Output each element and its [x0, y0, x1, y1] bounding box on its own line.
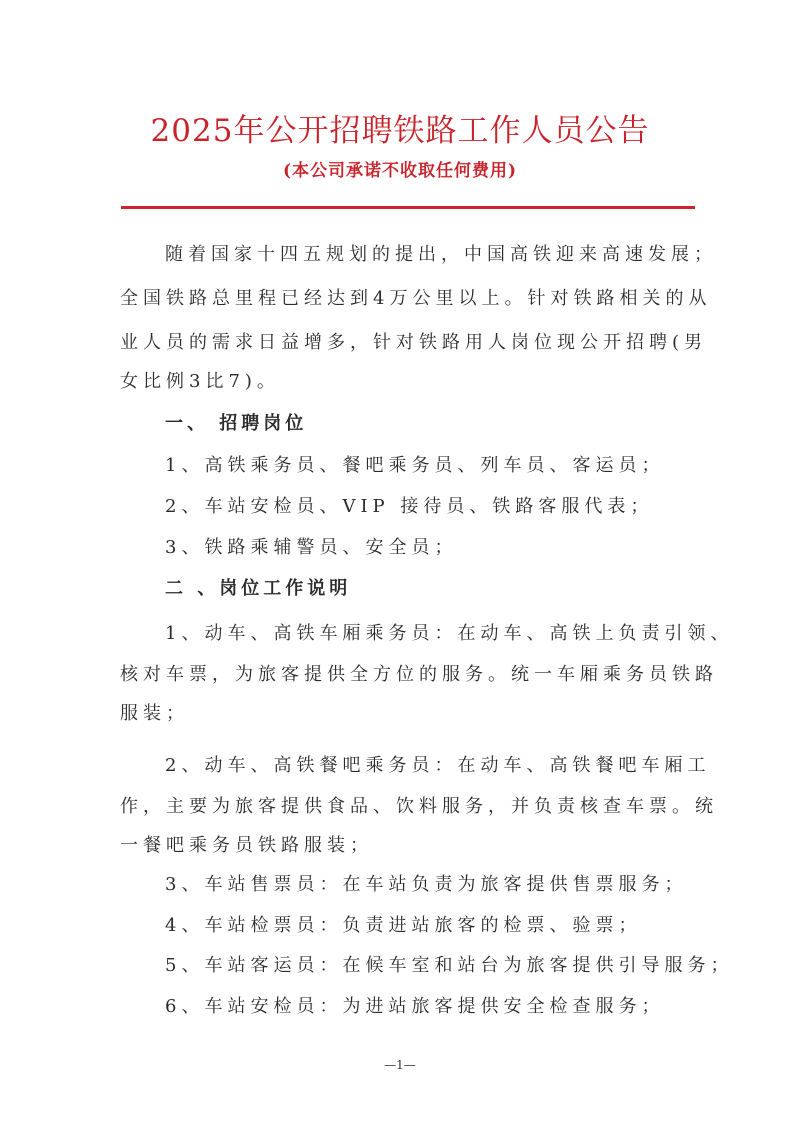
- intro-line: 女比例3比7)。: [120, 369, 700, 395]
- page-number: —1—: [0, 1058, 800, 1072]
- duty-item-line: 一餐吧乘务员铁路服装；: [120, 833, 700, 859]
- duty-item-line: 1、动车、高铁车厢乘务员：在动车、高铁上负责引领、: [120, 621, 745, 647]
- position-item: 1、高铁乘务员、餐吧乘务员、列车员、客运员；: [120, 453, 745, 479]
- document-title: 2025年公开招聘铁路工作人员公告: [0, 109, 800, 153]
- duty-item: 6、车站安检员：为进站旅客提供安全检查服务；: [120, 994, 745, 1020]
- section-heading-duties: 二 、岗位工作说明: [120, 576, 745, 602]
- intro-line: 业人员的需求日益增多，针对铁路用人岗位现公开招聘(男: [120, 330, 700, 356]
- title-divider: [121, 206, 695, 209]
- position-item: 2、车站安检员、VIP 接待员、铁路客服代表；: [120, 494, 745, 520]
- duty-item: 4、车站检票员：负责进站旅客的检票、验票；: [120, 913, 745, 939]
- duty-item-line: 核对车票，为旅客提供全方位的服务。统一车厢乘务员铁路: [120, 662, 700, 688]
- duty-item-line: 服装；: [120, 701, 700, 727]
- duty-item: 3、车站售票员：在车站负责为旅客提供售票服务；: [120, 872, 745, 898]
- duty-item: 5、车站客运员：在候车室和站台为旅客提供引导服务；: [120, 953, 745, 979]
- duty-item-line: 2、动车、高铁餐吧乘务员：在动车、高铁餐吧车厢工: [120, 753, 745, 779]
- document-subtitle: (本公司承诺不收取任何费用): [0, 158, 800, 184]
- intro-line: 全国铁路总里程已经达到4万公里以上。针对铁路相关的从: [120, 286, 700, 312]
- intro-line: 随着国家十四五规划的提出，中国高铁迎来高速发展；: [120, 242, 745, 268]
- section-heading-positions: 一、 招聘岗位: [120, 411, 745, 437]
- position-item: 3、铁路乘辅警员、安全员；: [120, 535, 745, 561]
- duty-item-line: 作，主要为旅客提供食品、饮料服务，并负责核查车票。统: [120, 794, 700, 820]
